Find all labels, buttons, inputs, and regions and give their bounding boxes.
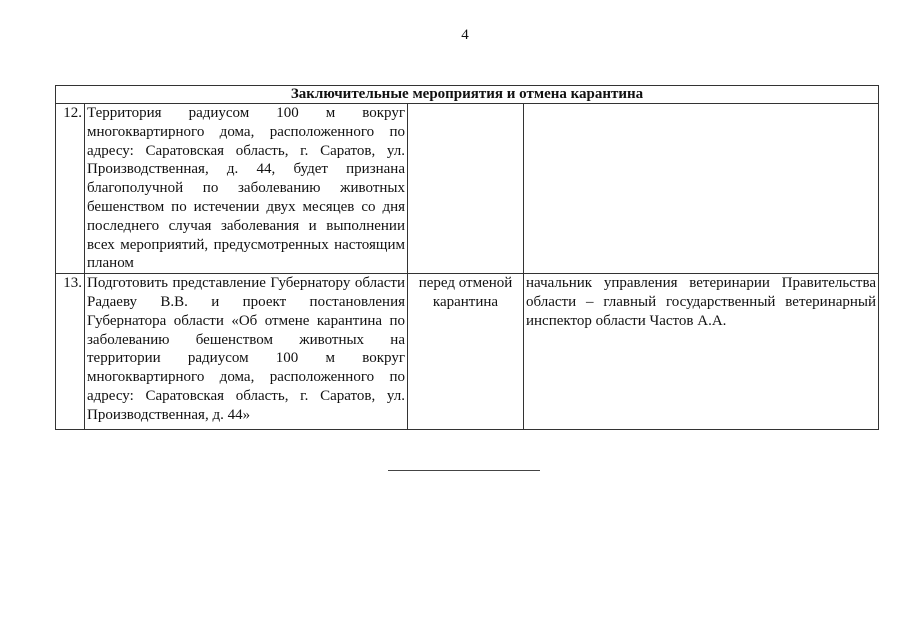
measures-table: Заключительные мероприятия и отмена кара…: [55, 85, 879, 430]
table-row: 12. Территория радиусом 100 м вокруг мно…: [56, 104, 879, 274]
measure-text: Подготовить представление Губернатору об…: [85, 274, 408, 430]
table-row: 13. Подготовить представление Губернатор…: [56, 274, 879, 430]
responsible-cell: начальник управления ветеринарии Правите…: [524, 274, 879, 430]
responsible-cell: [524, 104, 879, 274]
row-number: 12.: [56, 104, 85, 274]
measure-text: Территория радиусом 100 м вокруг многокв…: [85, 104, 408, 274]
row-number: 13.: [56, 274, 85, 430]
page-number: 4: [0, 27, 905, 44]
section-header-row: Заключительные мероприятия и отмена кара…: [56, 86, 879, 104]
deadline-cell: перед отменой карантина: [408, 274, 524, 430]
end-separator-line: [388, 470, 540, 471]
section-title: Заключительные мероприятия и отмена кара…: [56, 86, 879, 104]
deadline-cell: [408, 104, 524, 274]
